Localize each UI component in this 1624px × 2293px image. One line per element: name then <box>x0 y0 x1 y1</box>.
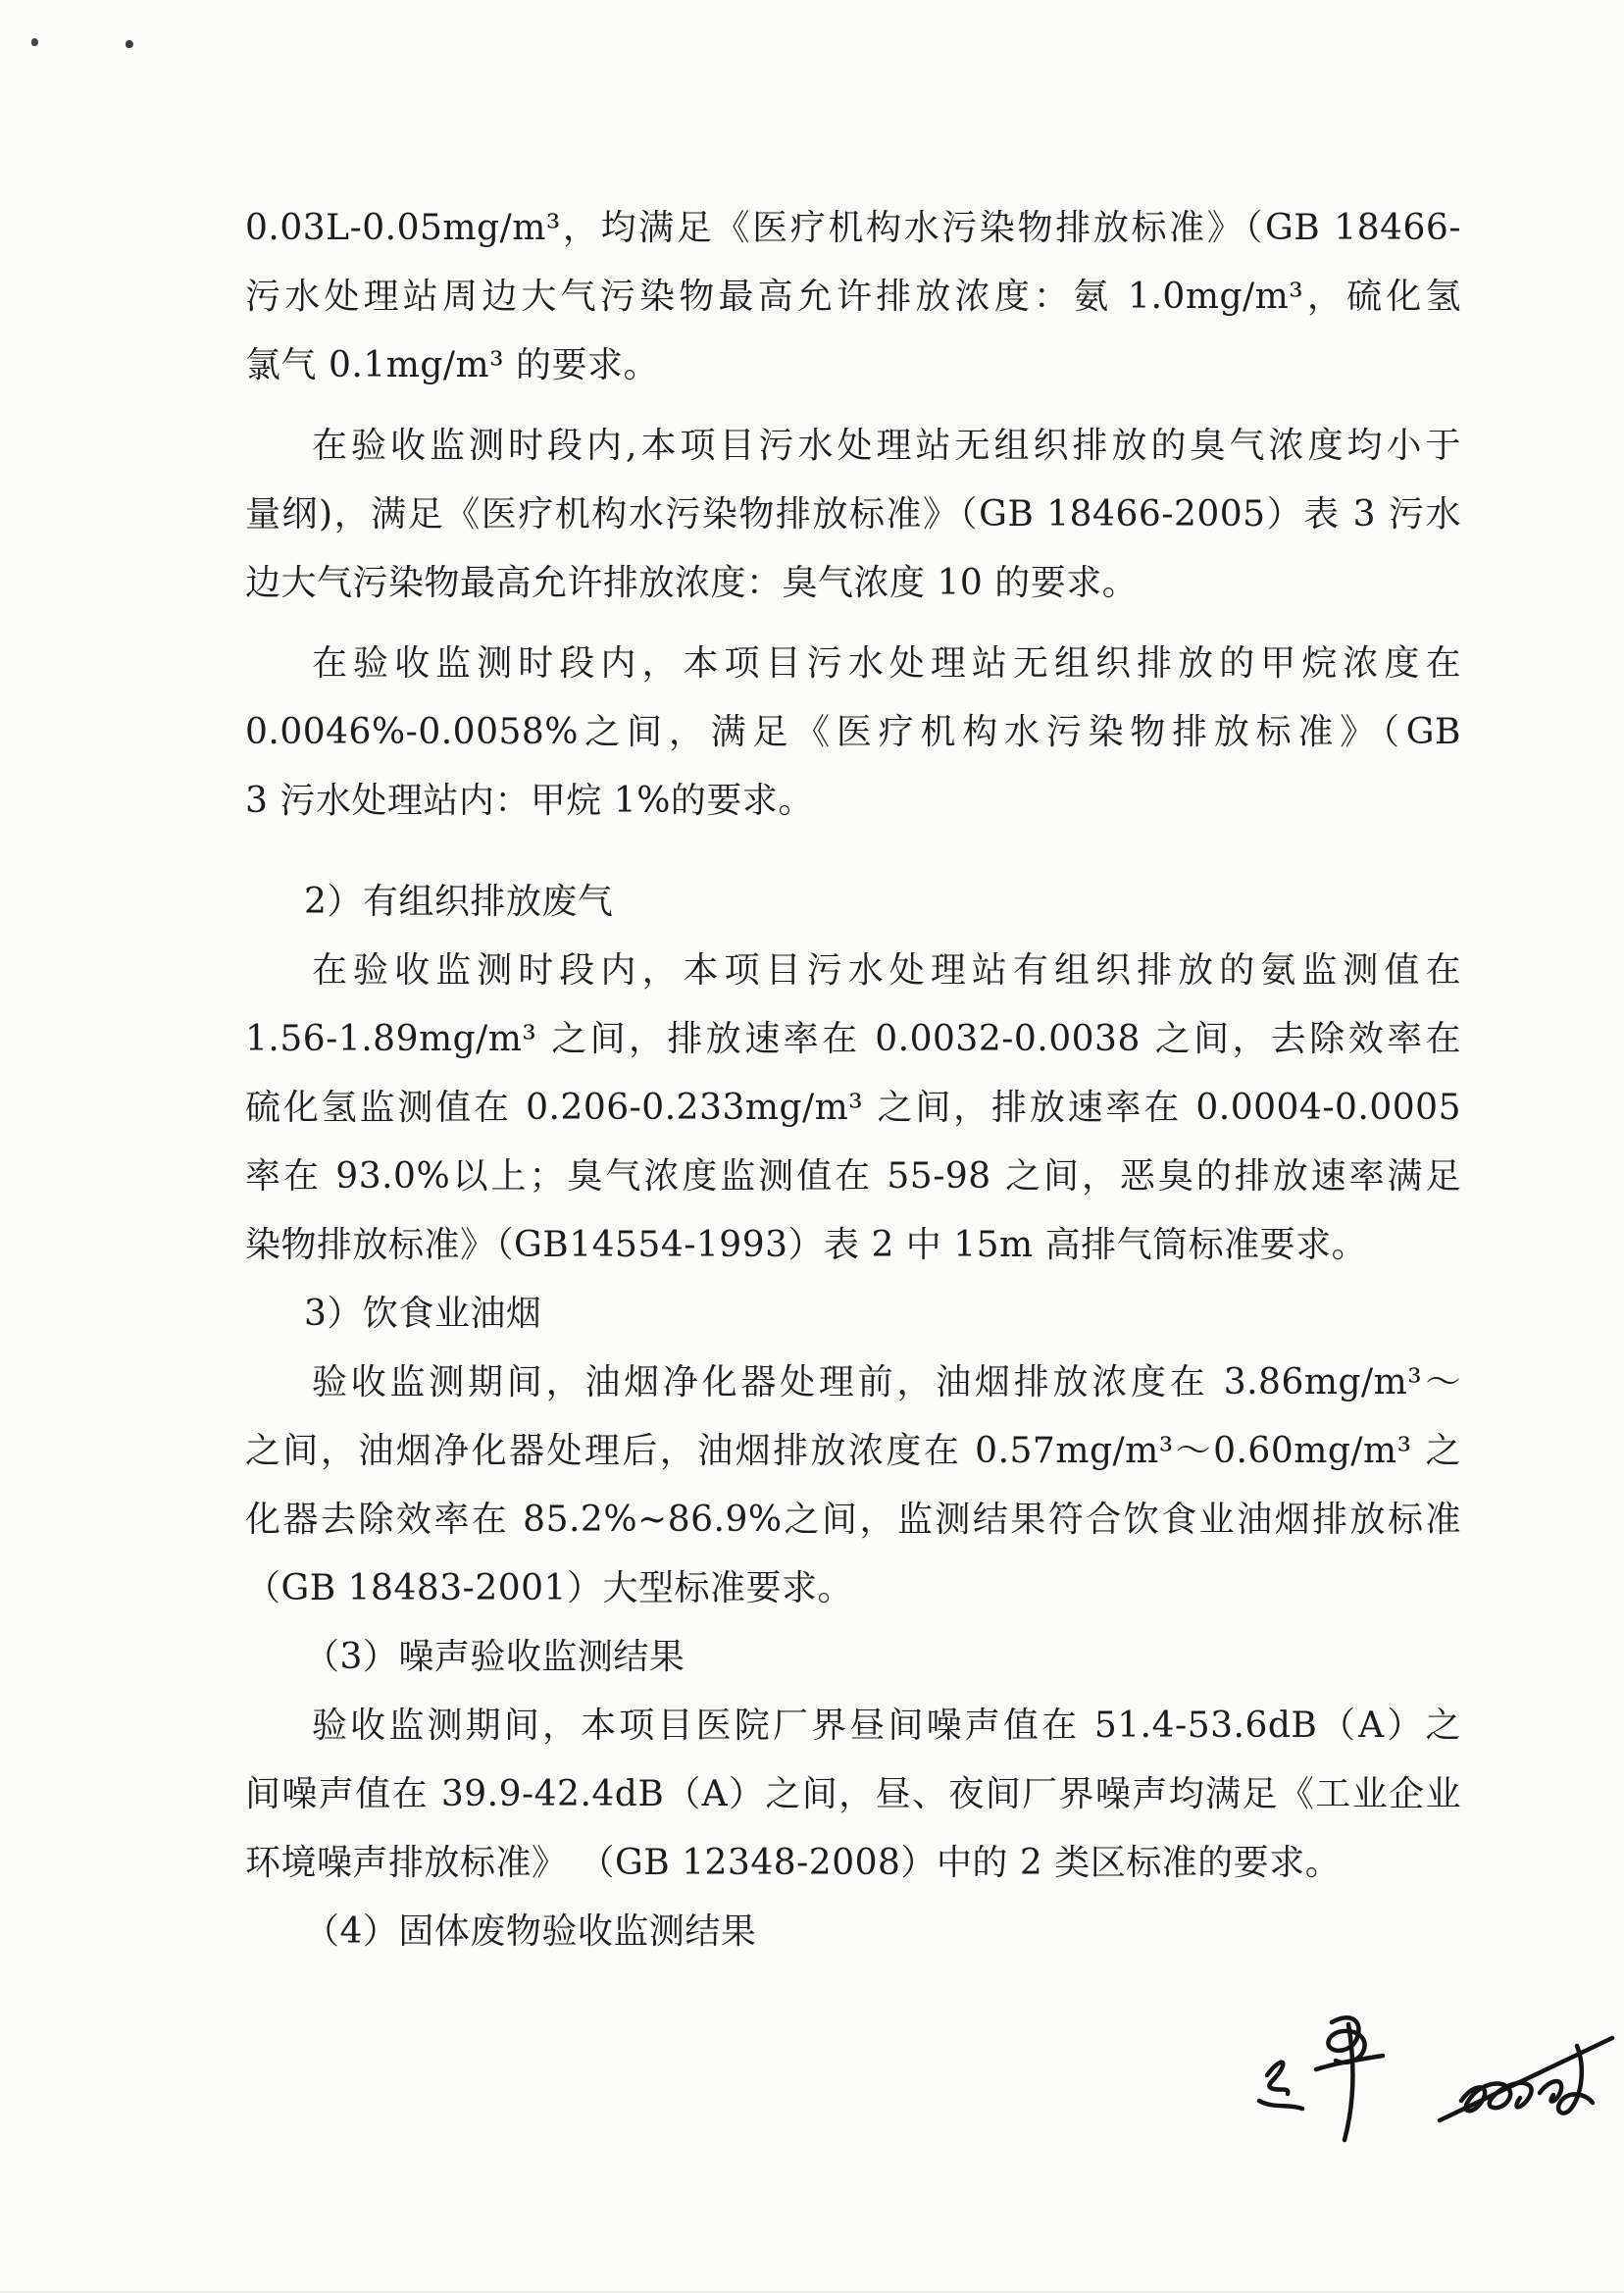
text-line: 0.0046%-0.0058%之间，满足《医疗机构水污染物排放标准》（GB 18… <box>245 698 1461 767</box>
text-line: 化器去除效率在 85.2%~86.9%之间，监测结果符合饮食业油烟排放标准（试行… <box>245 1486 1461 1554</box>
text-line: 边大气污染物最高允许排放浓度：臭气浓度 10 的要求。 <box>245 549 1461 618</box>
text-line: 污水处理站周边大气污染物最高允许排放浓度：氨 1.0mg/m³，硫化氢 0.03… <box>245 263 1461 331</box>
text-line: 环境噪声排放标准》 （GB 12348-2008）中的 2 类区标准的要求。 <box>245 1829 1461 1898</box>
document-body: 0.03L-0.05mg/m³，均满足《医疗机构水污染物排放标准》（GB 184… <box>245 194 1461 1966</box>
text-line: 染物排放标准》（GB14554-1993）表 2 中 15m 高排气筒标准要求。 <box>245 1211 1461 1280</box>
text-line: 硫化氢监测值在 0.206-0.233mg/m³ 之间，排放速率在 0.0004… <box>245 1074 1461 1143</box>
section-heading: （3）噪声验收监测结果 <box>245 1623 1461 1692</box>
section-heading: （4）固体废物验收监测结果 <box>245 1898 1461 1966</box>
text-line: 在验收监测时段内，本项目污水处理站无组织排放的甲烷浓度在 <box>245 630 1461 698</box>
ink-speck <box>126 40 133 48</box>
text-line: 间噪声值在 39.9-42.4dB（A）之间，昼、夜间厂界噪声均满足《工业企业厂… <box>245 1760 1461 1829</box>
handwritten-signature-icon <box>1434 2022 1618 2128</box>
ink-speck <box>31 38 38 46</box>
text-line: 验收监测期间，油烟净化器处理前，油烟排放浓度在 3.86mg/m³～4.60mg… <box>245 1349 1461 1417</box>
text-line: 之间，油烟净化器处理后，油烟排放浓度在 0.57mg/m³～0.60mg/m³ … <box>245 1417 1461 1486</box>
handwritten-signature-icon <box>1238 2003 1412 2152</box>
text-line: 率在 93.0%以上；臭气浓度监测值在 55-98 之间，恶臭的排放速率满足《恶… <box>245 1143 1461 1211</box>
text-line: 量纲)，满足《医疗机构水污染物排放标准》（GB 18466-2005）表 3 污… <box>245 481 1461 549</box>
text-line: 1.56-1.89mg/m³ 之间，排放速率在 0.0032-0.0038 之间… <box>245 1005 1461 1074</box>
text-line: （GB 18483-2001）大型标准要求。 <box>245 1554 1461 1623</box>
text-line: 0.03L-0.05mg/m³，均满足《医疗机构水污染物排放标准》（GB 184… <box>245 194 1461 263</box>
text-line: 3 污水处理站内：甲烷 1%的要求。 <box>245 767 1461 836</box>
section-heading: 3）饮食业油烟 <box>245 1280 1461 1349</box>
text-line: 在验收监测时段内，本项目污水处理站有组织排放的氨监测值在 <box>245 937 1461 1005</box>
section-heading: 2）有组织排放废气 <box>245 868 1461 937</box>
text-line: 氯气 0.1mg/m³ 的要求。 <box>245 331 1461 400</box>
text-line: 验收监测期间，本项目医院厂界昼间噪声值在 51.4-53.6dB（A）之间，夜 <box>245 1692 1461 1760</box>
text-line: 在验收监测时段内,本项目污水处理站无组织排放的臭气浓度均小于 10(无 <box>245 412 1461 481</box>
document-page: 0.03L-0.05mg/m³，均满足《医疗机构水污染物排放标准》（GB 184… <box>0 0 1624 2293</box>
